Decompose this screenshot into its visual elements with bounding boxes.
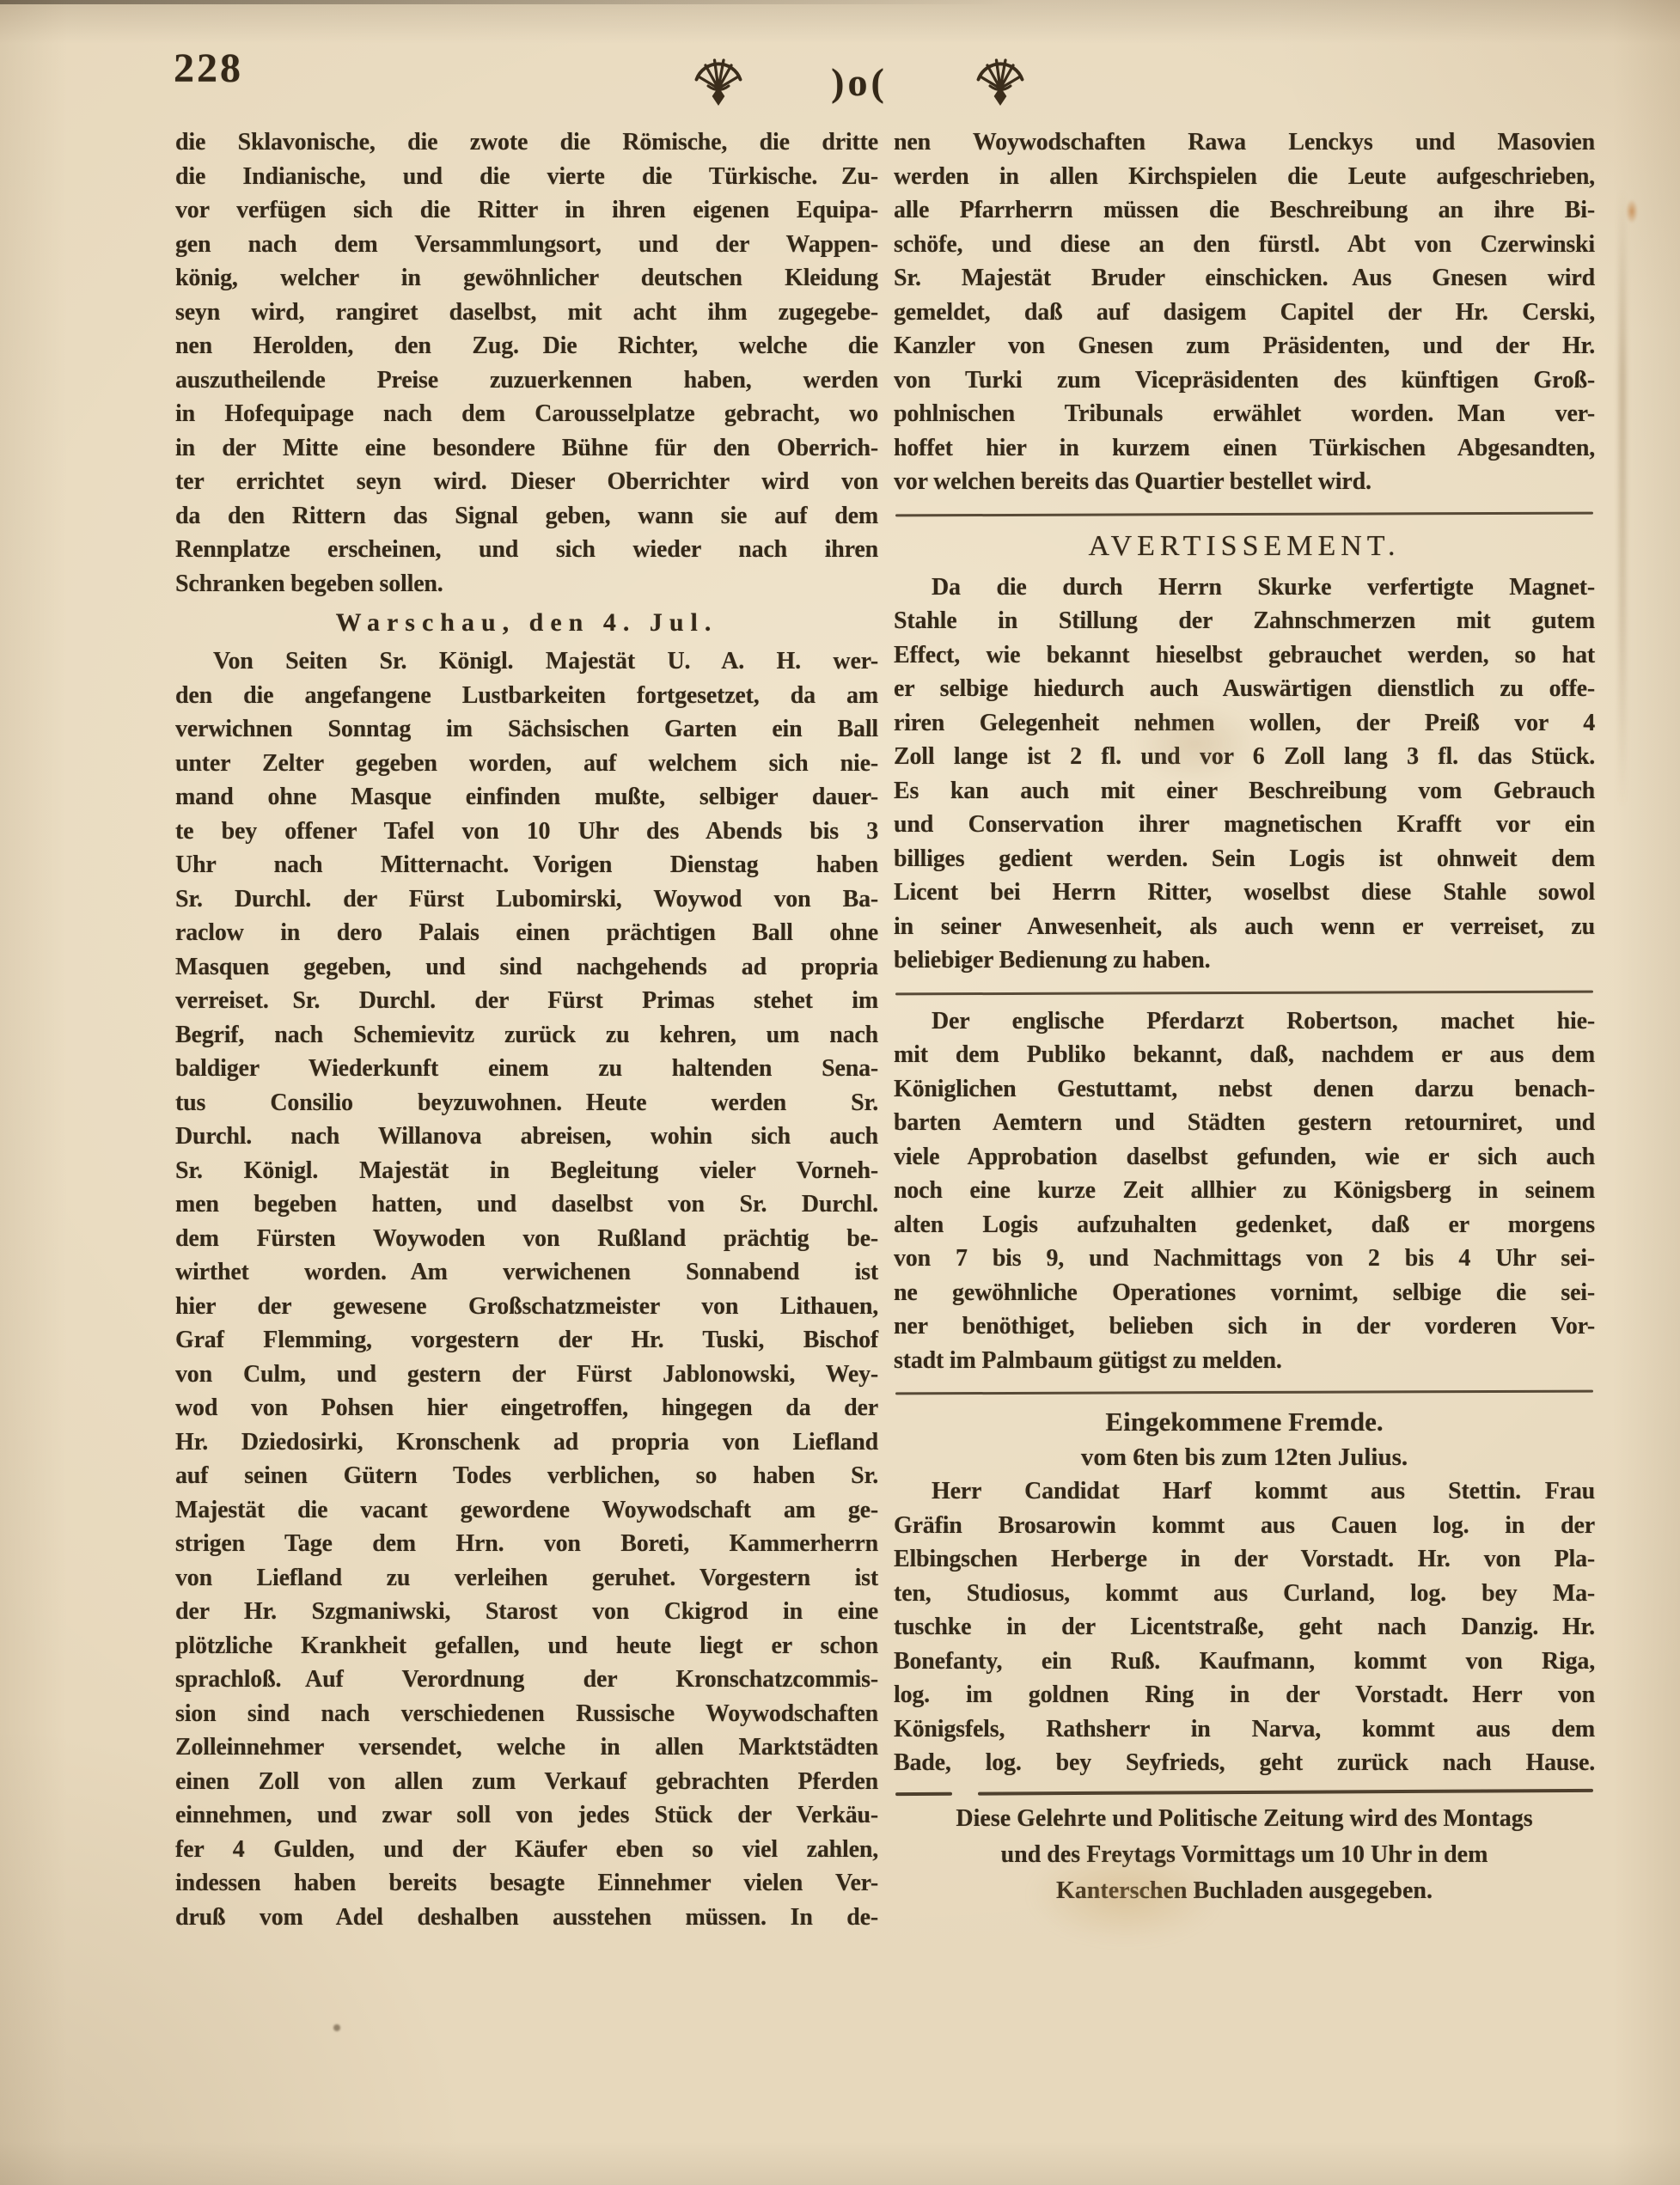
text-line: Rennplatze erscheinen, und sich wieder n… — [175, 533, 878, 567]
text-line: Königlichen Gestuttamt, nebst denen darz… — [894, 1072, 1595, 1107]
text-line: ter errichtet seyn wird. Dieser Oberrich… — [175, 465, 878, 499]
paragraph: Herr Candidat Harf kommt aus Stettin. Fr… — [894, 1474, 1595, 1780]
paper-crease — [1619, 189, 1626, 808]
left-column: die Sklavonische, die zwote die Römische… — [175, 125, 878, 1934]
text-line: hier der gewesene Großschatzmeister von … — [175, 1290, 878, 1324]
text-line: gen nach dem Versammlungsort, und der Wa… — [175, 228, 878, 262]
text-line: Da die durch Herrn Skurke verfertigte Ma… — [894, 571, 1595, 605]
text-line: tus Consilio beyzuwohnen. Heute werden S… — [175, 1086, 878, 1120]
text-line: auf seinen Gütern Todes verblichen, so h… — [175, 1459, 878, 1493]
column-divider-mark: )o( — [831, 59, 888, 105]
paragraph: nen Woywodschaften Rawa Lenckys und Maso… — [894, 125, 1595, 499]
text-line: Zolleinnehmer versendet, welche in allen… — [175, 1730, 878, 1765]
text-line: pohlnischen Tribunals erwählet worden. M… — [894, 397, 1595, 431]
text-line: Schranken begeben sollen. — [175, 567, 878, 601]
text-line: ner benöthiget, belieben sich in der vor… — [894, 1309, 1595, 1344]
text-line: te bey offener Tafel von 10 Uhr des Aben… — [175, 815, 878, 849]
text-line: die Sklavonische, die zwote die Römische… — [175, 125, 878, 160]
text-line: alle Pfarrherrn müssen die Beschreibung … — [894, 193, 1595, 228]
text-line: den die angefangene Lustbarkeiten fortge… — [175, 679, 878, 713]
newspaper-page: 228 )o( die Sklavonische, die zwote die … — [0, 0, 1680, 2185]
text-line: Hr. Dziedosirki, Kronschenk ad propria v… — [175, 1425, 878, 1460]
text-line: raclow in dero Palais einen prächtigen B… — [175, 916, 878, 950]
paper-stain — [1626, 199, 1638, 223]
text-line: er selbige hiedurch auch Auswärtigen die… — [894, 672, 1595, 706]
text-line: Stahle in Stillung der Zahnschmerzen mit… — [894, 604, 1595, 638]
text-line: Durchl. nach Willanova abreisen, wohin s… — [175, 1120, 878, 1154]
text-line: einen Zoll von allen zum Verkauf gebrach… — [175, 1765, 878, 1799]
text-line: Elbingschen Herberge in der Vorstadt. Hr… — [894, 1542, 1595, 1577]
text-line: seyn wird, rangiret daselbst, mit acht i… — [175, 296, 878, 330]
text-line: barten Aemtern und Städten gestern retou… — [894, 1106, 1595, 1140]
section-divider — [895, 511, 1593, 516]
text-line: auszutheilende Preise zuzuerkennen haben… — [175, 363, 878, 398]
text-line: plötzliche Krankheit gefallen, und heute… — [175, 1629, 878, 1663]
text-line: Herr Candidat Harf kommt aus Stettin. Fr… — [894, 1474, 1595, 1509]
text-line: ne gewöhnliche Operationes vornimt, selb… — [894, 1276, 1595, 1310]
text-line: indessen haben bereits besagte Einnehmer… — [175, 1866, 878, 1901]
paragraph: Der englische Pferdarzt Robertson, mache… — [894, 1004, 1595, 1378]
text-line: hoffet hier in kurzem einen Türkischen A… — [894, 431, 1595, 466]
text-line: wirthet worden. Am verwichenen Sonnabend… — [175, 1255, 878, 1290]
text-line: Zoll lange ist 2 fl. und vor 6 Zoll lang… — [894, 740, 1595, 774]
text-line: und des Freytags Vormittags um 10 Uhr in… — [894, 1837, 1595, 1873]
text-line: fer 4 Gulden, und der Käufer eben so vie… — [175, 1833, 878, 1867]
text-line: und Conservation ihrer magnetischen Kraf… — [894, 808, 1595, 842]
text-line: die Indianische, und die vierte die Türk… — [175, 160, 878, 194]
text-line: Uhr nach Mitternacht. Vorigen Dienstag h… — [175, 848, 878, 882]
text-line: vor verfügen sich die Ritter in ihren ei… — [175, 193, 878, 228]
text-line: Von Seiten Sr. Königl. Majestät U. A. H.… — [175, 644, 878, 679]
arrivals-date-range: vom 6ten bis zum 12ten Julius. — [894, 1440, 1595, 1474]
shell-ornament-icon — [969, 50, 1031, 107]
text-line: Sr. Königl. Majestät in Begleitung viele… — [175, 1154, 878, 1188]
text-line: mand ohne Masque einfinden mußte, selbig… — [175, 780, 878, 815]
page-edge-shadow — [0, 0, 1008, 4]
text-line: sion sind nach verschiedenen Russische W… — [175, 1697, 878, 1731]
text-line: Sr. Majestät Bruder einschicken. Aus Gne… — [894, 261, 1595, 296]
text-line: log. im goldnen Ring in der Vorstadt. He… — [894, 1678, 1595, 1712]
text-line: beliebiger Bedienung zu haben. — [894, 943, 1595, 978]
text-line: ten, Studiosus, kommt aus Curland, log. … — [894, 1577, 1595, 1611]
text-line: Sr. Durchl. der Fürst Lubomirski, Woywod… — [175, 882, 878, 917]
divider-segment — [895, 1791, 952, 1795]
text-line: Licent bei Herrn Ritter, woselbst diese … — [894, 876, 1595, 910]
text-line: in Hofequipage nach dem Carousselplatze … — [175, 397, 878, 431]
text-line: von Liefland zu verleihen geruhet. Vorge… — [175, 1561, 878, 1596]
arrivals-heading: Eingekommene Fremde. — [894, 1404, 1595, 1440]
right-column: nen Woywodschaften Rawa Lenckys und Maso… — [894, 125, 1595, 1909]
paragraph: Da die durch Herrn Skurke verfertigte Ma… — [894, 571, 1595, 978]
text-line: alten Logis aufzuhalten gedenket, daß er… — [894, 1208, 1595, 1242]
text-line: Kanterschen Buchladen ausgegeben. — [894, 1873, 1595, 1909]
text-line: riren Gelegenheit nehmen wollen, der Pre… — [894, 706, 1595, 741]
text-line: Es kan auch mit einer Beschreibung vom G… — [894, 774, 1595, 809]
text-line: Masquen gegeben, und sind nachgehends ad… — [175, 950, 878, 985]
text-line: Der englische Pferdarzt Robertson, mache… — [894, 1004, 1595, 1039]
text-line: dem Fürsten Woywoden von Rußland prächti… — [175, 1222, 878, 1256]
text-line: gemeldet, daß auf dasigem Capitel der Hr… — [894, 296, 1595, 330]
text-line: vor welchen bereits das Quartier bestell… — [894, 465, 1595, 499]
avertissement-heading: AVERTISSEMENT. — [894, 526, 1595, 567]
shell-ornament-icon — [687, 50, 749, 107]
text-line: in der Mitte eine besondere Bühne für de… — [175, 431, 878, 466]
divider-segment — [978, 1788, 1593, 1795]
text-line: da den Rittern das Signal geben, wann si… — [175, 499, 878, 534]
text-line: Bade, log. bey Seyfrieds, geht zurück na… — [894, 1746, 1595, 1780]
text-line: von Turki zum Vicepräsidenten des künfti… — [894, 363, 1595, 398]
text-line: stadt im Palmbaum gütigst zu melden. — [894, 1344, 1595, 1378]
text-line: der Hr. Szgmaniwski, Starost von Ckigrod… — [175, 1595, 878, 1629]
text-line: unter Zelter gegeben worden, auf welchem… — [175, 747, 878, 781]
header-ornaments: )o( — [687, 50, 1031, 107]
text-line: tuschke in der Licentstraße, geht nach D… — [894, 1610, 1595, 1645]
text-line: Diese Gelehrte und Politische Zeitung wi… — [894, 1801, 1595, 1837]
text-line: strigen Tage dem Hrn. von Boreti, Kammer… — [175, 1527, 878, 1561]
text-line: Königsfels, Rathsherr in Narva, kommt au… — [894, 1712, 1595, 1747]
text-line: Kanzler von Gnesen zum Präsidenten, und … — [894, 329, 1595, 363]
text-line: Majestät die vacant gewordene Woywodscha… — [175, 1493, 878, 1528]
section-divider — [895, 1390, 1593, 1395]
text-line: men begeben hatten, und daselbst von Sr.… — [175, 1187, 878, 1222]
text-line: könig, welcher in gewöhnlicher deutschen… — [175, 261, 878, 296]
paragraph: die Sklavonische, die zwote die Römische… — [175, 125, 878, 601]
imprint: Diese Gelehrte und Politische Zeitung wi… — [894, 1801, 1595, 1909]
text-line: verwichnen Sonntag im Sächsischen Garten… — [175, 712, 878, 747]
text-line: werden in allen Kirchspielen die Leute a… — [894, 160, 1595, 194]
text-line: einnehmen, und zwar soll von jedes Stück… — [175, 1798, 878, 1833]
ink-fleck — [333, 2024, 340, 2031]
text-line: nen Woywodschaften Rawa Lenckys und Maso… — [894, 125, 1595, 160]
text-line: von Culm, und gestern der Fürst Jablonow… — [175, 1358, 878, 1392]
text-line: Graf Flemming, vorgestern der Hr. Tuski,… — [175, 1323, 878, 1358]
text-line: von 7 bis 9, und Nachmittags von 2 bis 4… — [894, 1242, 1595, 1276]
text-line: druß vom Adel deshalben ausstehen müssen… — [175, 1901, 878, 1935]
text-line: nen Herolden, den Zug. Die Richter, welc… — [175, 329, 878, 363]
text-line: billiges gedient werden. Sein Logis ist … — [894, 842, 1595, 876]
text-line: viele Approbation daselbst gefunden, wie… — [894, 1140, 1595, 1175]
text-line: baldiger Wiederkunft einem zu haltenden … — [175, 1052, 878, 1086]
text-line: schöfe, und diese an den fürstl. Abt von… — [894, 228, 1595, 262]
text-line: mit dem Publiko bekannt, daß, nachdem er… — [894, 1038, 1595, 1072]
text-line: Begrif, nach Schemievitz zurück zu kehre… — [175, 1018, 878, 1053]
paragraph: Von Seiten Sr. Königl. Majestät U. A. H.… — [175, 644, 878, 1934]
text-line: Bonefanty, ein Ruß. Kaufmann, kommt von … — [894, 1645, 1595, 1679]
text-line: verreiset. Sr. Durchl. der Fürst Primas … — [175, 984, 878, 1018]
page-number: 228 — [174, 45, 243, 92]
text-line: noch eine kurze Zeit allhier zu Königsbe… — [894, 1174, 1595, 1208]
text-line: Gräfin Brosarowin kommt aus Cauen log. i… — [894, 1509, 1595, 1543]
text-line: in seiner Anwesenheit, als auch wenn er … — [894, 910, 1595, 944]
dateline-heading: Warschau, den 4. Jul. — [175, 603, 878, 643]
section-divider — [895, 990, 1593, 995]
text-line: Effect, wie bekannt hieselbst gebrauchet… — [894, 638, 1595, 673]
section-divider — [895, 1788, 1593, 1795]
text-line: wod von Pohsen hier eingetroffen, hingeg… — [175, 1391, 878, 1425]
text-line: sprachloß. Auf Verordnung der Kronschatz… — [175, 1663, 878, 1697]
